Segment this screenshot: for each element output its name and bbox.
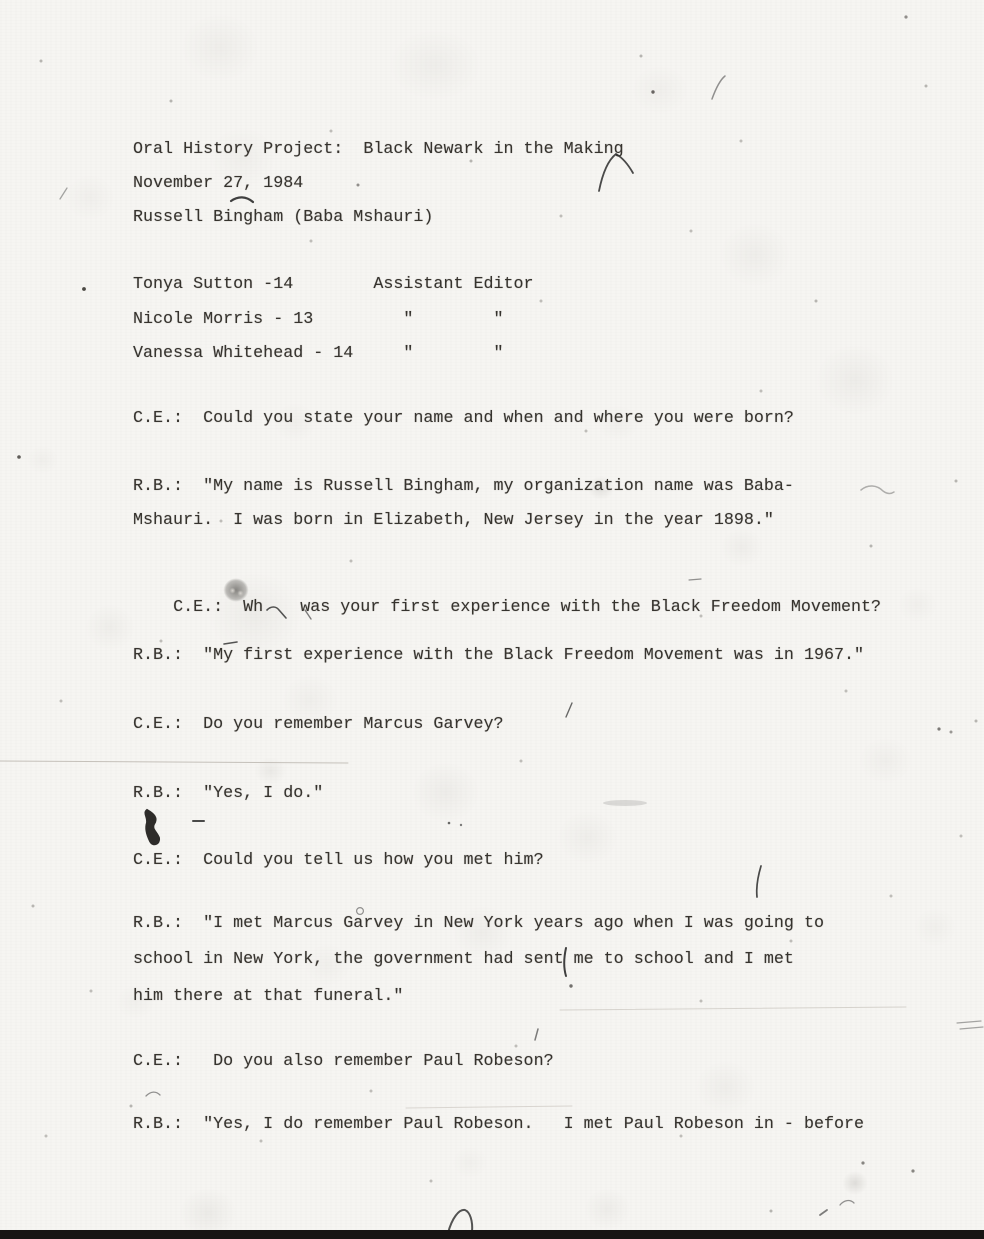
ink-blot [219,574,253,606]
question-paul-robeson: C.E.: Do you also remember Paul Robeson? [133,1052,554,1072]
tilde-mark [146,1092,160,1096]
answer-name-line-2: Mshauri. I was born in Elizabeth, New Je… [133,511,774,531]
pen-slash-garvey-line [566,703,572,717]
question-how-met: C.E.: Could you tell us how you met him? [133,851,544,871]
blot-spacer [263,610,300,611]
editor-row-2: Nicole Morris - 13 " " [133,310,504,330]
question-text-after-blot: was your first experience with the Black… [300,598,881,617]
scan-line-artifact [406,1106,572,1108]
paper-speckles [0,0,2,2]
ink-dot [460,824,462,826]
question-text-before-blot: C.E.: Wh [173,598,263,617]
doc-interviewee-line: Russell Bingham (Baba Mshauri) [133,208,433,228]
faint-smudge [603,800,647,806]
ink-squiggle [145,810,159,844]
equals-artifact-right [957,1021,983,1029]
answer-marcus-garvey: R.B.: "Yes, I do." [133,784,323,804]
scanned-transcript-page: Oral History Project: Black Newark in th… [0,0,984,1239]
faint-slash-left [60,188,67,199]
answer-paul-robeson-line-1: R.B.: "Yes, I do remember Paul Robeson. … [133,1115,864,1135]
question-marcus-garvey: C.E.: Do you remember Marcus Garvey? [133,715,504,735]
scan-line-artifact [560,1007,906,1010]
answer-name-line-1: R.B.: "My name is Russell Bingham, my or… [133,477,794,497]
answer-how-met-line-3: him there at that funeral." [133,987,403,1007]
editor-row-3: Vanessa Whitehead - 14 " " [133,344,504,364]
apostrophe-mark [535,1029,538,1040]
doc-title-line: Oral History Project: Black Newark in th… [133,140,624,160]
tiny-mark-bottom-right [820,1210,827,1215]
faint-curve-right [861,486,894,493]
doc-date-line: November 27, 1984 [133,174,303,194]
answer-how-met-line-1: R.B.: "I met Marcus Garvey in New York y… [133,914,824,934]
pen-dash-over-bingham [231,197,253,202]
pen-vertical-slash [757,866,761,897]
scan-line-artifact [0,761,348,763]
ink-dot [448,822,451,825]
answer-how-met-line-2: school in New York, the government had s… [133,950,794,970]
small-curve-bottom-right [840,1201,854,1205]
scanner-edge-bar [0,1230,984,1239]
answer-first-experience: R.B.: "My first experience with the Blac… [133,646,864,666]
editor-row-1: Tonya Sutton -14 Assistant Editor [133,275,534,295]
question-name-born: C.E.: Could you state your name and when… [133,409,794,429]
faint-slash-top [712,76,725,99]
